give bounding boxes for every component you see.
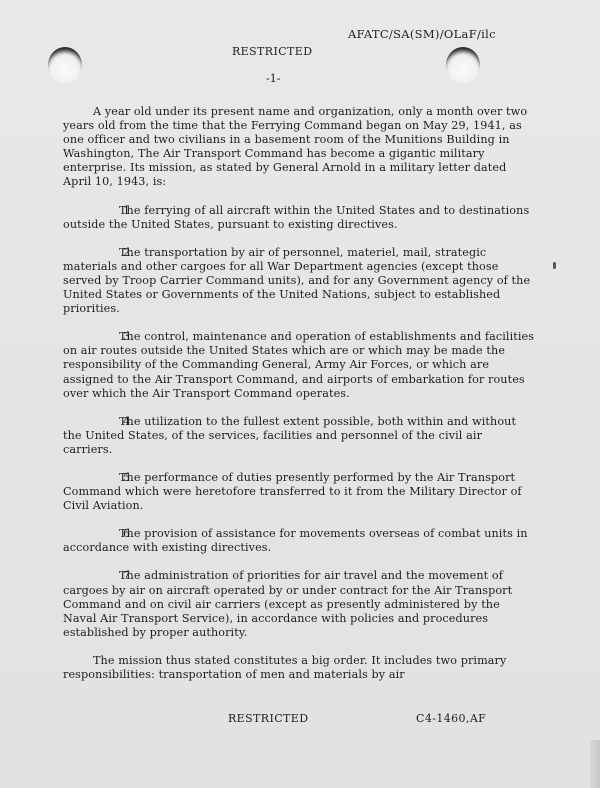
classification-header: RESTRICTED (232, 45, 312, 58)
page-edge (590, 740, 600, 788)
mission-item-3: 3.The control, maintenance and operation… (63, 330, 535, 400)
document-page: AFATC/SA(SM)/OLaF/ilc RESTRICTED -1- A y… (0, 0, 600, 788)
paper-speck (553, 262, 556, 269)
mission-item-7: 7.The administration of priorities for a… (63, 569, 535, 639)
closing-paragraph: The mission thus stated constitutes a bi… (63, 654, 535, 682)
mission-item-6: 6.The provision of assistance for moveme… (63, 527, 535, 555)
item-number: 7. (93, 569, 119, 583)
mission-item-4: 4.The utilization to the fullest extent … (63, 415, 535, 457)
item-text: The control, maintenance and operation o… (63, 330, 534, 399)
document-body: A year old under its present name and or… (63, 105, 535, 696)
item-number: 6. (93, 527, 119, 541)
item-number: 3. (93, 330, 119, 344)
item-number: 1. (93, 204, 119, 218)
item-number: 4. (93, 415, 119, 429)
item-number: 5. (93, 471, 119, 485)
punch-hole-right (446, 47, 480, 83)
item-text: The provision of assistance for movement… (63, 527, 528, 554)
item-text: The ferrying of all aircraft within the … (63, 204, 529, 231)
item-text: The administration of priorities for air… (63, 569, 512, 638)
document-code: C4-1460,AF (416, 712, 486, 725)
reference-code: AFATC/SA(SM)/OLaF/ilc (348, 27, 496, 41)
item-text: The utilization to the fullest extent po… (63, 415, 516, 456)
mission-item-1: 1.The ferrying of all aircraft within th… (63, 204, 535, 232)
classification-footer: RESTRICTED (228, 712, 308, 725)
punch-hole-left (48, 47, 82, 83)
item-text: The transportation by air of personnel, … (63, 246, 530, 315)
item-number: 2. (93, 246, 119, 260)
item-text: The performance of duties presently perf… (63, 471, 522, 512)
intro-paragraph: A year old under its present name and or… (63, 105, 535, 190)
page-number: -1- (266, 72, 280, 85)
mission-item-2: 2.The transportation by air of personnel… (63, 246, 535, 316)
mission-item-5: 5.The performance of duties presently pe… (63, 471, 535, 513)
